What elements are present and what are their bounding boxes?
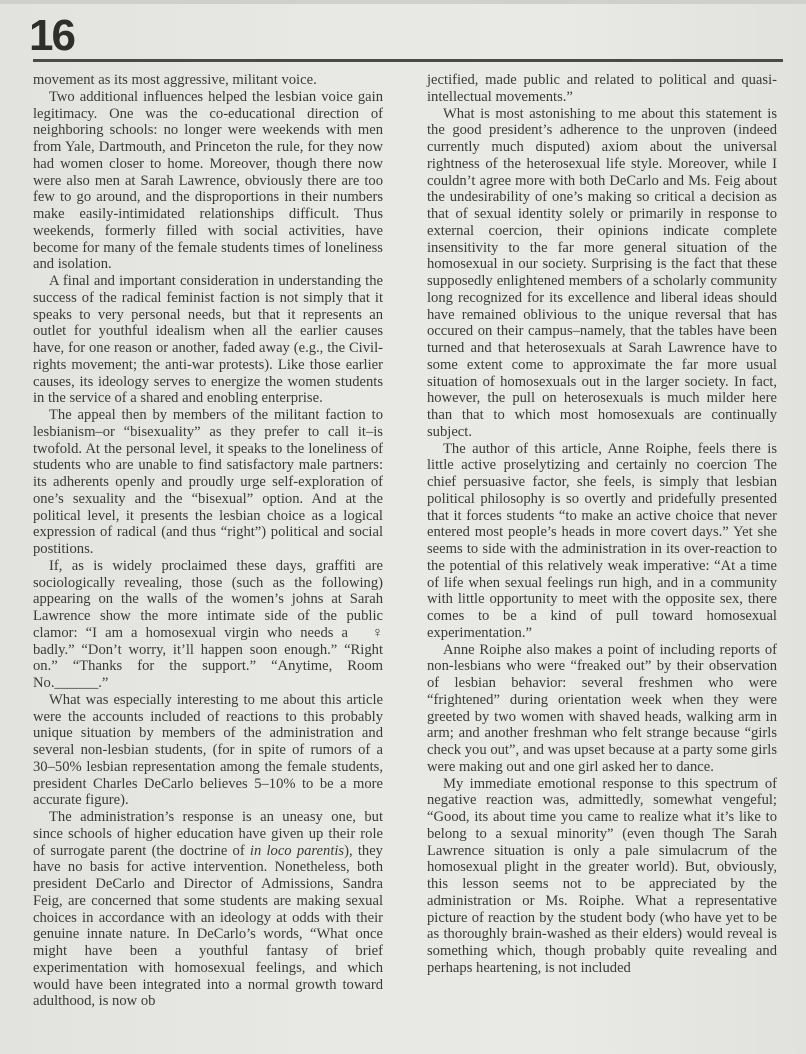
text-after-italic: ), they have no basis for active interve… [33,843,383,1010]
paragraph-administration: The administration’s response is an unea… [33,809,383,1010]
paragraph: My immediate emotional response to this … [427,776,777,977]
page-number: 16 [29,14,74,58]
scan-top-edge [0,0,806,4]
left-column: movement as its most aggressive, militan… [33,72,383,1010]
paragraph: movement as its most aggressive, militan… [33,72,383,89]
latin-phrase: in loco paren­tis [250,843,344,859]
paragraph: jectified, made public and related to po… [427,72,777,106]
paragraph: A final and important consideration in u… [33,273,383,407]
right-column: jectified, made public and related to po… [427,72,777,977]
paragraph: Two additional influences helped the les… [33,89,383,273]
female-symbol-icon: ♀ [356,625,383,642]
paragraph: What is most astonishing to me about thi… [427,106,777,441]
header-rule [33,59,783,62]
paragraph: What was especially interesting to me ab… [33,692,383,809]
paragraph: Anne Roiphe also makes a point of includ… [427,642,777,776]
graffiti-text-after: badly.” “Don’t worry, it’ll happen soon … [33,642,383,692]
paragraph-graffiti: If, as is widely proclaimed these days, … [33,558,383,692]
paragraph: The appeal then by members of the milita… [33,407,383,558]
paragraph: The author of this article, Anne Roiphe,… [427,441,777,642]
printed-page: 16 movement as its most aggressive, mili… [0,0,806,1054]
graffiti-text-before: If, as is widely proclaimed these days, … [33,558,383,641]
